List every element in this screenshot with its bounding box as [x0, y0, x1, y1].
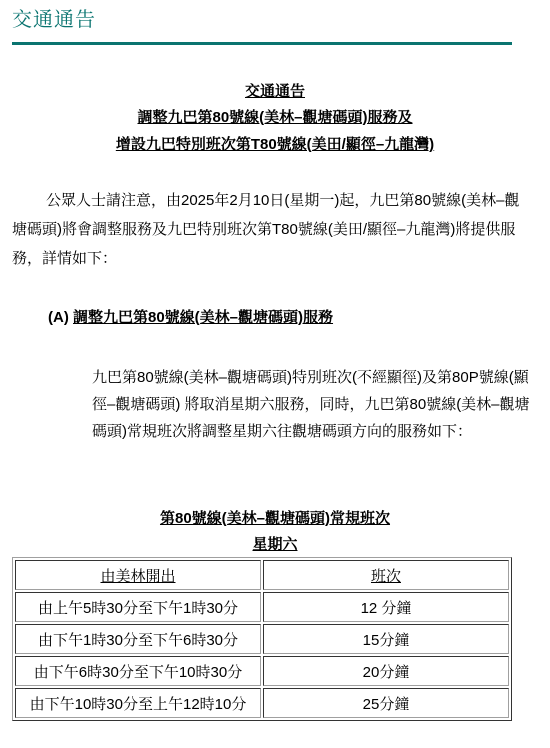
- cell-frequency: 15分鐘: [263, 624, 509, 654]
- table-caption-day: 星期六: [0, 533, 550, 557]
- table-row: 由下午6時30分至下午10時30分 20分鐘: [15, 656, 509, 686]
- schedule-table: 由美林開出 班次 由上午5時30分至下午1時30分 12 分鐘 由下午1時30分…: [12, 557, 512, 721]
- cell-frequency: 25分鐘: [263, 688, 509, 718]
- notice-subheading-2: 增設九巴特別班次第T80號線(美田/顯徑–九龍灣): [0, 133, 550, 157]
- section-a-paragraph: 九巴第80號線(美林–觀塘碼頭)特別班次(不經顯徑)及第80P號線(顯徑–觀塘碼…: [92, 364, 538, 445]
- table-row: 由上午5時30分至下午1時30分 12 分鐘: [15, 592, 509, 622]
- section-a-title: 調整九巴第80號線(美林–觀塘碼頭)服務: [73, 309, 333, 326]
- table-header-row: 由美林開出 班次: [15, 560, 509, 590]
- cell-time-range: 由上午5時30分至下午1時30分: [15, 592, 261, 622]
- cell-frequency: 20分鐘: [263, 656, 509, 686]
- table-row: 由下午10時30分至上午12時10分 25分鐘: [15, 688, 509, 718]
- cell-time-range: 由下午6時30分至下午10時30分: [15, 656, 261, 686]
- intro-paragraph: 公眾人士請注意，由2025年2月10日(星期一)起，九巴第80號線(美林–觀塘碼…: [12, 186, 532, 273]
- column-header-departure: 由美林開出: [15, 560, 261, 590]
- notice-heading: 交通通告: [0, 80, 550, 104]
- title-divider: [12, 42, 512, 45]
- table-row: 由下午1時30分至下午6時30分 15分鐘: [15, 624, 509, 654]
- column-header-frequency: 班次: [263, 560, 509, 590]
- cell-frequency: 12 分鐘: [263, 592, 509, 622]
- section-a-heading: (A) 調整九巴第80號線(美林–觀塘碼頭)服務: [48, 306, 333, 330]
- table-caption: 第80號線(美林–觀塘碼頭)常規班次: [0, 507, 550, 531]
- cell-time-range: 由下午1時30分至下午6時30分: [15, 624, 261, 654]
- cell-time-range: 由下午10時30分至上午12時10分: [15, 688, 261, 718]
- section-a-label: (A): [48, 309, 69, 326]
- page-title: 交通通告: [12, 6, 96, 34]
- notice-subheading-1: 調整九巴第80號線(美林–觀塘碼頭)服務及: [0, 106, 550, 130]
